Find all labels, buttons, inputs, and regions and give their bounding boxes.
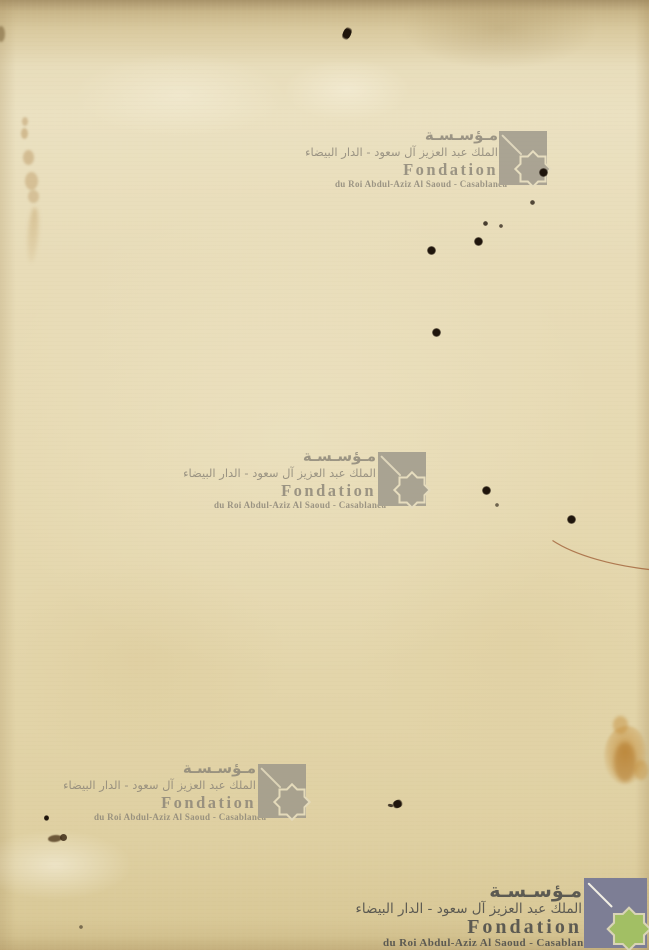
ink-spot [427, 246, 436, 255]
eight-pointed-star-icon [392, 470, 432, 510]
ink-speck [530, 200, 535, 205]
ink-spot [567, 515, 576, 524]
smudge [60, 834, 67, 841]
eight-pointed-star-icon [272, 782, 312, 822]
watermark-latin-title: Fondation [214, 481, 376, 500]
watermark-arabic-title: مـؤسـسـة [383, 881, 582, 902]
ink-speck [483, 221, 488, 226]
ink-speck [44, 815, 49, 821]
watermark-arabic-subtitle: الملك عبد العزيز آل سعود - الدار البيضاء [94, 777, 256, 793]
foundation-logo [584, 878, 647, 948]
foundation-logo [258, 764, 306, 818]
stain [22, 117, 28, 126]
watermark-latin-title: Fondation [383, 917, 582, 937]
watermark-latin-subtitle: du Roi Abdul-Aziz Al Saoud - Casablanca [94, 812, 256, 824]
watermark-arabic-subtitle: الملك عبد العزيز آل سعود - الدار البيضاء [214, 465, 376, 481]
stain-edge [0, 26, 5, 42]
ink-spot-tail [387, 803, 394, 807]
ink-spot [474, 237, 483, 246]
watermark-arabic-subtitle: الملك عبد العزيز آل سعود - الدار البيضاء [335, 144, 498, 160]
watermark-latin-subtitle: du Roi Abdul-Aziz Al Saoud - Casablanca [214, 500, 376, 512]
ink-spot [340, 25, 354, 42]
stain-amber-spur [634, 760, 648, 780]
foundation-logo [499, 131, 547, 185]
ink-speck [499, 224, 503, 228]
foundation-logo [378, 452, 426, 506]
eight-pointed-star-icon [605, 905, 649, 950]
stain [23, 150, 34, 165]
stain-amber [604, 726, 646, 784]
stain-drip [26, 207, 40, 264]
watermark-arabic-title: مـؤسـسـة [335, 127, 498, 144]
stain [28, 190, 39, 203]
watermark-latin-subtitle: du Roi Abdul-Aziz Al Saoud - Casablanca [383, 937, 582, 950]
stain-amber-spur [613, 716, 628, 734]
ink-speck [495, 503, 499, 507]
watermark-arabic-title: مـؤسـسـة [94, 760, 256, 777]
ink-speck [79, 925, 83, 929]
ink-spot [432, 328, 441, 337]
stain [25, 172, 38, 190]
stain [21, 128, 28, 139]
watermark-latin-title: Fondation [94, 793, 256, 812]
watermark-arabic-subtitle: الملك عبد العزيز آل سعود - الدار البيضاء [383, 902, 582, 917]
watermark-latin-subtitle: du Roi Abdul-Aziz Al Saoud - Casablanca [335, 179, 498, 191]
ink-spot [482, 486, 491, 495]
stain-amber-core [614, 742, 636, 782]
watermark-latin-title: Fondation [335, 160, 498, 179]
ink-spot [539, 168, 548, 177]
scanned-page: مـؤسـسـة الملك عبد العزيز آل سعود - الدا… [0, 0, 649, 950]
watermark-arabic-title: مـؤسـسـة [214, 448, 376, 465]
